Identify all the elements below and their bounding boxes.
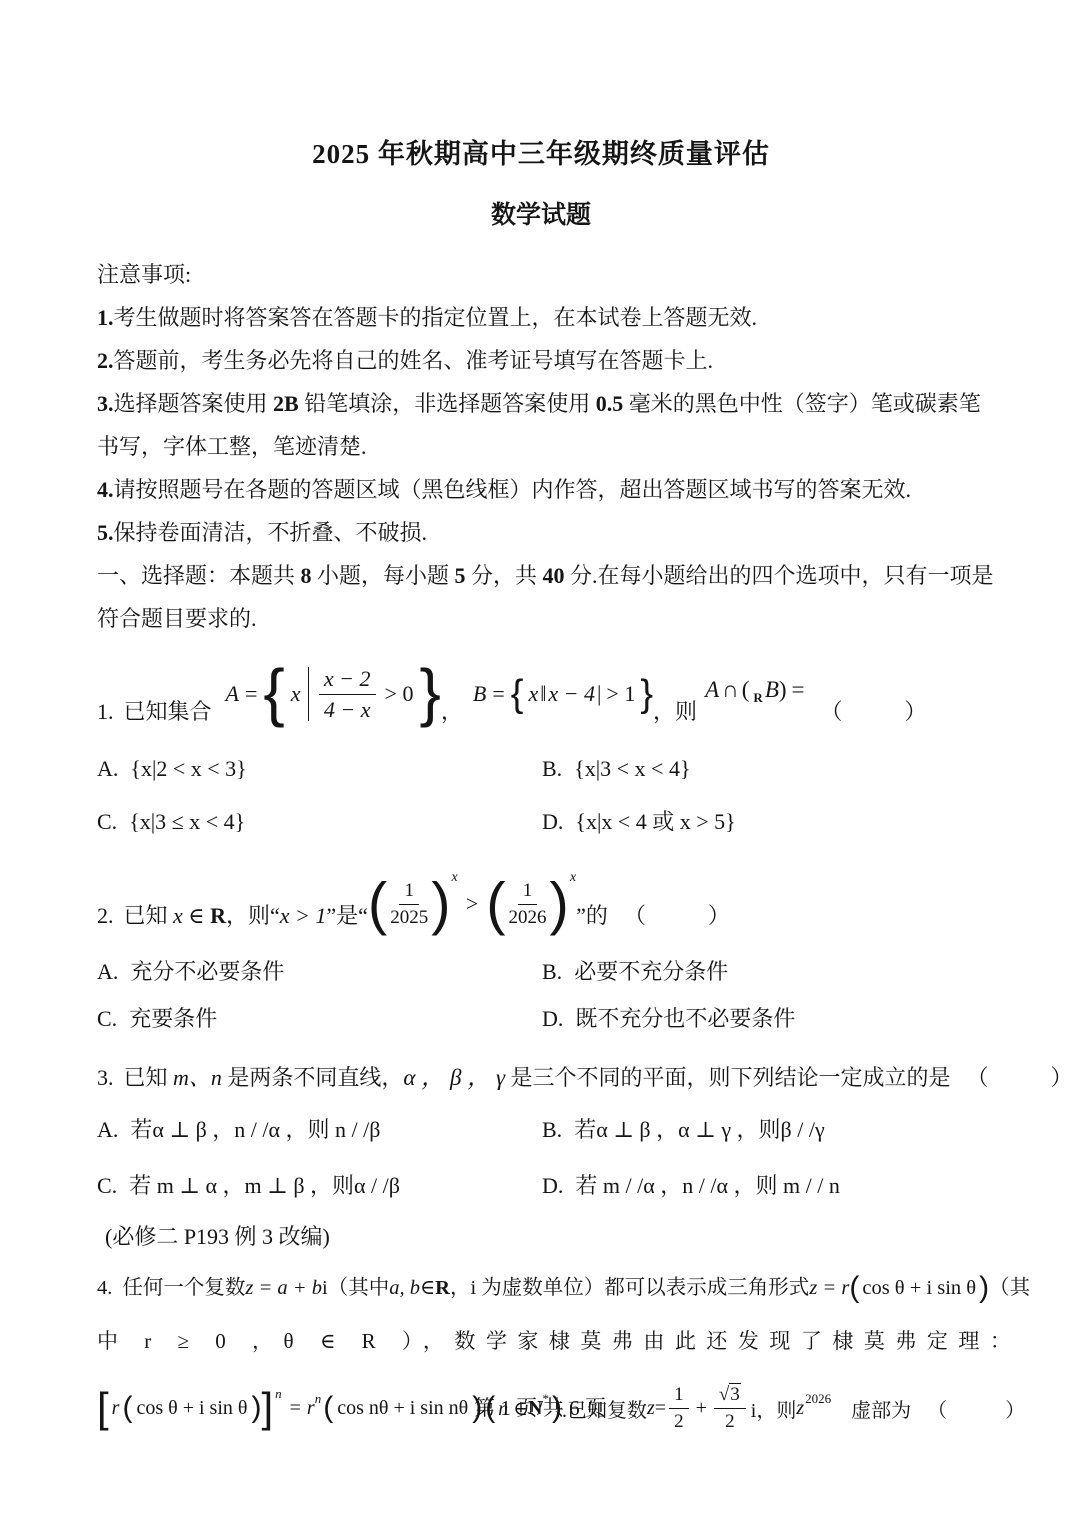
intersection-icon: ∩ — [722, 677, 739, 702]
stem-text: 已知集合 — [124, 699, 212, 724]
option-label: D. — [542, 809, 563, 834]
stem-text: （其中 — [328, 1262, 390, 1314]
planes-alpha-beta-gamma: α ， β ， γ — [403, 1065, 505, 1090]
stem-text: 已知 — [124, 1065, 174, 1090]
relation: > 0 — [385, 681, 414, 707]
exam-subtitle: 数学试题 — [97, 195, 985, 231]
left-paren: ( — [368, 871, 387, 936]
notice-number: 5. — [97, 520, 114, 545]
reals-symbol: R — [210, 903, 226, 928]
greater-than: > — [466, 891, 478, 917]
answer-blank: （ ） — [821, 695, 933, 726]
stem-text: ，i 为虚数单位）都可以表示成三角形式 — [450, 1262, 809, 1314]
option-text: 若α ⊥ β ，α ⊥ γ ，则β / /γ — [574, 1117, 825, 1142]
question-number-text: 2. — [97, 903, 114, 928]
option-b: B.必要不充分条件 — [542, 948, 985, 995]
notice-bold-value: 2B — [273, 391, 299, 416]
option-text: 若 m ⊥ α ，m ⊥ β ，则α / /β — [129, 1173, 400, 1198]
answer-blank: （ ） — [624, 899, 736, 930]
section-count: 8 — [301, 563, 312, 588]
option-label: C. — [97, 1173, 117, 1198]
option-b: B.{x|3 < x < 4} — [542, 742, 985, 795]
section-1-heading-cont: 符合题目要求的. — [97, 597, 985, 640]
cos-isin-theta: cos θ + i sin θ — [862, 1262, 976, 1314]
reals-symbol: R — [435, 1262, 450, 1314]
set-variable: x — [528, 681, 538, 707]
stem-text: ，则“ — [226, 903, 280, 928]
stem-text: （其 — [989, 1262, 1030, 1314]
fraction-denominator: 2025 — [390, 905, 428, 929]
question-2-options: A.充分不必要条件 B.必要不充分条件 C.充要条件 D.既不充分也不必要条件 — [97, 948, 985, 1042]
vars-a-b: a, b — [389, 1262, 420, 1314]
intersection-expression: A∩(RB)= — [705, 677, 804, 703]
option-d: D.既不充分也不必要条件 — [542, 995, 985, 1042]
fraction-group-2025: (12025)x — [368, 880, 458, 929]
set-B-symbol: B — [765, 677, 779, 702]
notice-text: 选择题答案使用 — [114, 391, 274, 416]
comma: ， — [441, 695, 463, 726]
set-A-symbol: A — [705, 677, 719, 702]
option-a: A.若α ⊥ β ，n / /α ，则 n / /β — [97, 1102, 542, 1158]
fraction-numerator: x − 2 — [319, 666, 376, 694]
exponent-x: x — [452, 870, 458, 885]
equals-sign: = — [492, 681, 504, 707]
question-4-stem-line-2: 中 r ≥ 0 ，θ ∈ R ），数学家棣莫弗由此还发现了棣莫弗定理： — [97, 1314, 985, 1368]
option-text: 充要条件 — [129, 1006, 217, 1031]
stem-text: 已知 — [124, 903, 174, 928]
option-label: B. — [542, 959, 562, 984]
equals-sign: = — [792, 677, 805, 702]
fraction-1-over-2026: 12026 — [509, 880, 547, 929]
element-of: ∈ — [420, 1262, 435, 1314]
notice-item-4: 4.请按照题号在各题的答题区域（黑色线框）内作答，超出答题区域书写的答案无效. — [97, 468, 985, 511]
fraction-numerator: 1 — [399, 880, 419, 905]
notice-text: 保持卷面清洁，不折叠、不破损. — [114, 520, 428, 545]
question-number: 2.已知 x ∈ R，则“x > 1”是“ — [97, 899, 368, 930]
option-label: D. — [542, 1006, 563, 1031]
complement-subscript-R: R — [753, 690, 762, 705]
section-text: 一、选择题：本题共 — [97, 563, 301, 588]
abs-expression: x − 4 — [548, 681, 595, 707]
option-c: C.若 m ⊥ α ，m ⊥ β ，则α / /β — [97, 1158, 542, 1214]
question-2-stem: 2.已知 x ∈ R，则“x > 1”是“ (12025)x > (12026)… — [97, 860, 985, 948]
notice-item-2: 2.答题前，考生务必先将自己的姓名、准考证号填写在答题卡上. — [97, 339, 985, 382]
notice-number: 2. — [97, 348, 114, 373]
option-label: B. — [542, 1117, 562, 1142]
option-d: D.若 m / /α ，n / /α ，则 m / / n — [542, 1158, 985, 1214]
section-total-points: 40 — [543, 563, 565, 588]
relation: > 1 — [606, 681, 635, 707]
right-paren: ) — [431, 871, 450, 936]
option-text: 必要不充分条件 — [574, 959, 728, 984]
notice-number: 1. — [97, 305, 114, 330]
notice-bold-value: 0.5 — [596, 391, 624, 416]
condition: x > 1 — [280, 903, 327, 928]
abs-bar: | — [597, 681, 601, 707]
option-label: A. — [97, 959, 118, 984]
notice-item-5: 5.保持卷面清洁，不折叠、不破损. — [97, 511, 985, 554]
element-of: ∈ — [183, 903, 210, 928]
option-label: A. — [97, 1117, 118, 1142]
option-c: C.充要条件 — [97, 995, 542, 1042]
section-1-heading: 一、选择题：本题共 8 小题，每小题 5 分，共 40 分.在每小题给出的四个选… — [97, 554, 985, 597]
stem-text: 是两条不同直线， — [222, 1065, 404, 1090]
option-b: B.若α ⊥ β ，α ⊥ γ ，则β / /γ — [542, 1102, 985, 1158]
option-label: B. — [542, 756, 562, 781]
option-text: 若 m / /α ，n / /α ，则 m / / n — [575, 1173, 839, 1198]
stem-text: ”是“ — [326, 903, 368, 928]
option-label: C. — [97, 1006, 117, 1031]
notice-number: 3. — [97, 391, 114, 416]
option-text: {x|3 < x < 4} — [574, 756, 690, 781]
option-text: 既不充分也不必要条件 — [575, 1006, 795, 1031]
option-label: A. — [97, 756, 118, 781]
question-3-stem: 3.已知 m、n 是两条不同直线，α ， β ， γ 是三个不同的平面，则下列结… — [97, 1054, 985, 1102]
section-text: 分，共 — [466, 563, 543, 588]
right-paren: ) — [550, 871, 569, 936]
fraction-denominator: 2026 — [509, 905, 547, 929]
equals-sign: = — [245, 681, 257, 707]
option-text: {x|3 ≤ x < 4} — [129, 809, 245, 834]
question-number-text: 1. — [97, 699, 114, 724]
fraction-numerator: 1 — [518, 880, 538, 905]
right-paren: ) — [779, 677, 787, 702]
fraction-x-2-over-4-x: x − 24 − x — [319, 666, 376, 722]
option-text: {x|2 < x < 3} — [130, 756, 246, 781]
option-text: 充分不必要条件 — [130, 959, 284, 984]
question-3-source-note: (必修二 P193 例 3 改编) — [97, 1214, 985, 1260]
question-1-stem: 1.已知集合 A = { x x − 24 − x > 0 } ， B = { … — [97, 646, 985, 742]
notice-text: 请按照题号在各题的答题区域（黑色线框）内作答，超出答题区域书写的答案无效. — [114, 477, 912, 502]
question-1-options: A.{x|2 < x < 3} B.{x|3 < x < 4} C.{x|3 ≤… — [97, 742, 985, 848]
option-d: D.{x|x < 4 或 x > 5} — [542, 795, 985, 848]
question-4-stem-line-1: 4.任何一个复数 z = a + bi（其中 a, b ∈ R，i 为虚数单位）… — [97, 1262, 985, 1314]
stem-text: ”的 — [576, 899, 608, 930]
stem-text: 任何一个复数 — [122, 1262, 245, 1314]
option-a: A.充分不必要条件 — [97, 948, 542, 995]
fraction-group-2026: (12026)x — [486, 880, 576, 929]
notice-number: 4. — [97, 477, 114, 502]
notice-text: 毫米的黑色中性（签字）笔或碳素笔 — [623, 391, 981, 416]
left-paren: ( — [486, 871, 505, 936]
notice-text: 答题前，考生务必先将自己的姓名、准考证号填写在答题卡上. — [114, 348, 714, 373]
page-number-footer: 第 1 页/共 6 页 — [0, 1392, 1080, 1422]
exam-title: 2025 年秋期高中三年级期终质量评估 — [97, 132, 985, 171]
notice-text: 考生做题时将答案答在答题卡的指定位置上，在本试卷上答题无效. — [114, 305, 758, 330]
set-variable: x — [291, 681, 301, 707]
complex-z-def: z = a + b — [245, 1262, 322, 1314]
option-a: A.{x|2 < x < 3} — [97, 742, 542, 795]
fraction-denominator: 4 − x — [324, 695, 371, 722]
notices-heading: 注意事项: — [97, 253, 985, 296]
option-label: D. — [542, 1173, 563, 1198]
notice-text: 书写，字体工整，笔迹清楚. — [97, 434, 367, 459]
stem-text: 是三个不同的平面，则下列结论一定成立的是 — [505, 1065, 951, 1090]
notice-item-1: 1.考生做题时将答案答在答题卡的指定位置上，在本试卷上答题无效. — [97, 296, 985, 339]
notice-text: 铅笔填涂，非选择题答案使用 — [299, 391, 596, 416]
question-3-options: A.若α ⊥ β ，n / /α ，则 n / /β B.若α ⊥ β ，α ⊥… — [97, 1102, 985, 1214]
lines-m-n: m、n — [173, 1065, 222, 1090]
set-B-name: B — [473, 681, 486, 707]
left-paren: ( — [742, 677, 750, 702]
option-c: C.{x|3 ≤ x < 4} — [97, 795, 542, 848]
section-text: 小题，每小题 — [312, 563, 455, 588]
fraction-1-over-2025: 12025 — [390, 880, 428, 929]
set-A-name: A — [226, 681, 239, 707]
question-number-text: 3. — [97, 1065, 114, 1090]
question-number: 1.已知集合 — [97, 695, 212, 726]
section-points: 5 — [455, 563, 466, 588]
notice-item-3-cont: 书写，字体工整，笔迹清楚. — [97, 425, 985, 468]
section-text: 分.在每小题给出的四个选项中，只有一项是 — [565, 563, 994, 588]
exponent-x: x — [570, 870, 576, 885]
option-label: C. — [97, 809, 117, 834]
answer-blank: （ ） — [967, 1065, 1079, 1090]
exam-page: 2025 年秋期高中三年级期终质量评估 数学试题 注意事项: 1.考生做题时将答… — [0, 0, 1080, 1528]
set-builder-and-abs-bars: ‖ — [540, 681, 546, 707]
notice-item-3: 3.选择题答案使用 2B 铅笔填涂，非选择题答案使用 0.5 毫米的黑色中性（签… — [97, 382, 985, 425]
option-text: {x|x < 4 或 x > 5} — [575, 809, 735, 834]
set-builder-bar — [308, 667, 309, 721]
option-text: 若α ⊥ β ，n / /α ，则 n / /β — [130, 1117, 380, 1142]
comma-then: ，则 — [653, 695, 697, 726]
question-number-text: 4. — [97, 1262, 112, 1314]
variable-x: x — [173, 903, 183, 928]
polar-form-lhs: z = r — [809, 1262, 849, 1314]
